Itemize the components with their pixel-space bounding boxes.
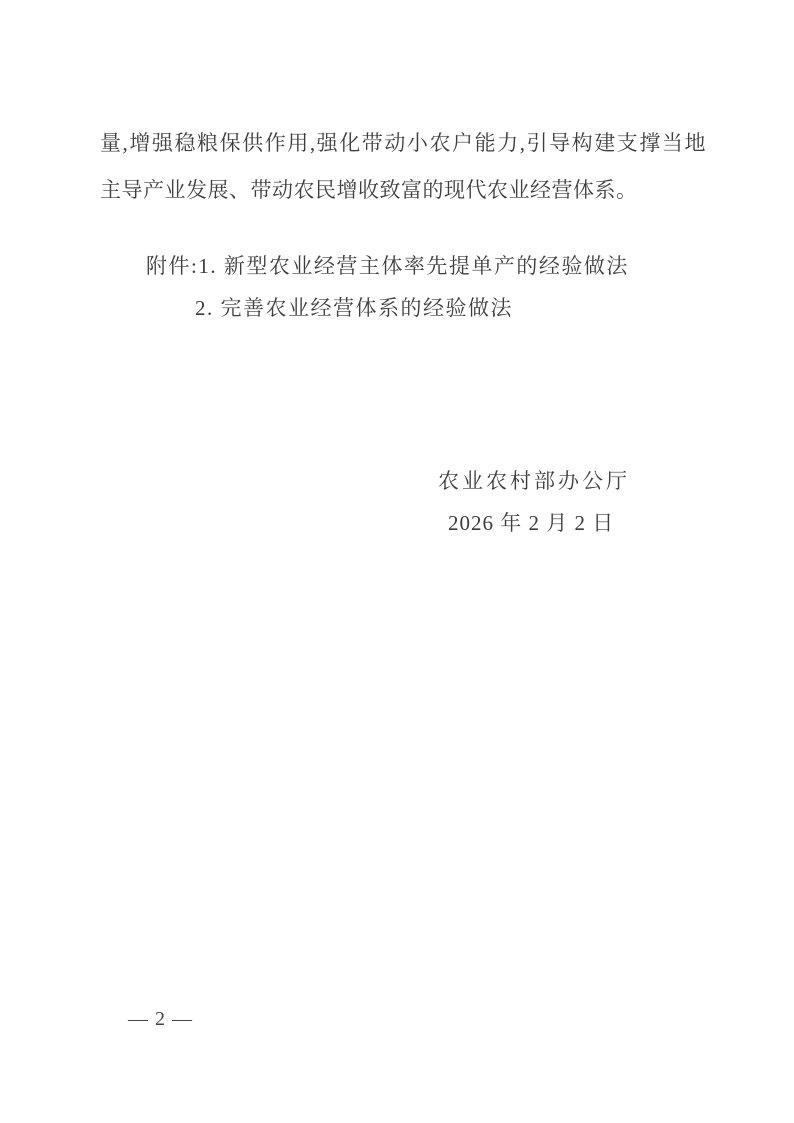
page-number: — 2 — (128, 1007, 193, 1031)
document-page: 量,增强稳粮保供作用,强化带动小农户能力,引导构建支撑当地 主导产业发展、带动农… (0, 0, 794, 1123)
body-paragraph-line-2: 主导产业发展、带动农民增收致富的现代农业经营体系。 (100, 167, 706, 214)
attachment-list-item-1: 附件:1. 新型农业经营主体率先提单产的经验做法 (146, 254, 629, 279)
signature-issuer: 农业农村部办公厅 (438, 469, 630, 494)
signature-date: 2026 年 2 月 2 日 (448, 511, 614, 536)
body-paragraph: 量,增强稳粮保供作用,强化带动小农户能力,引导构建支撑当地 主导产业发展、带动农… (100, 120, 706, 214)
attachment-list-item-2: 2. 完善农业经营体系的经验做法 (195, 296, 513, 321)
body-paragraph-line-1: 量,增强稳粮保供作用,强化带动小农户能力,引导构建支撑当地 (100, 120, 706, 167)
